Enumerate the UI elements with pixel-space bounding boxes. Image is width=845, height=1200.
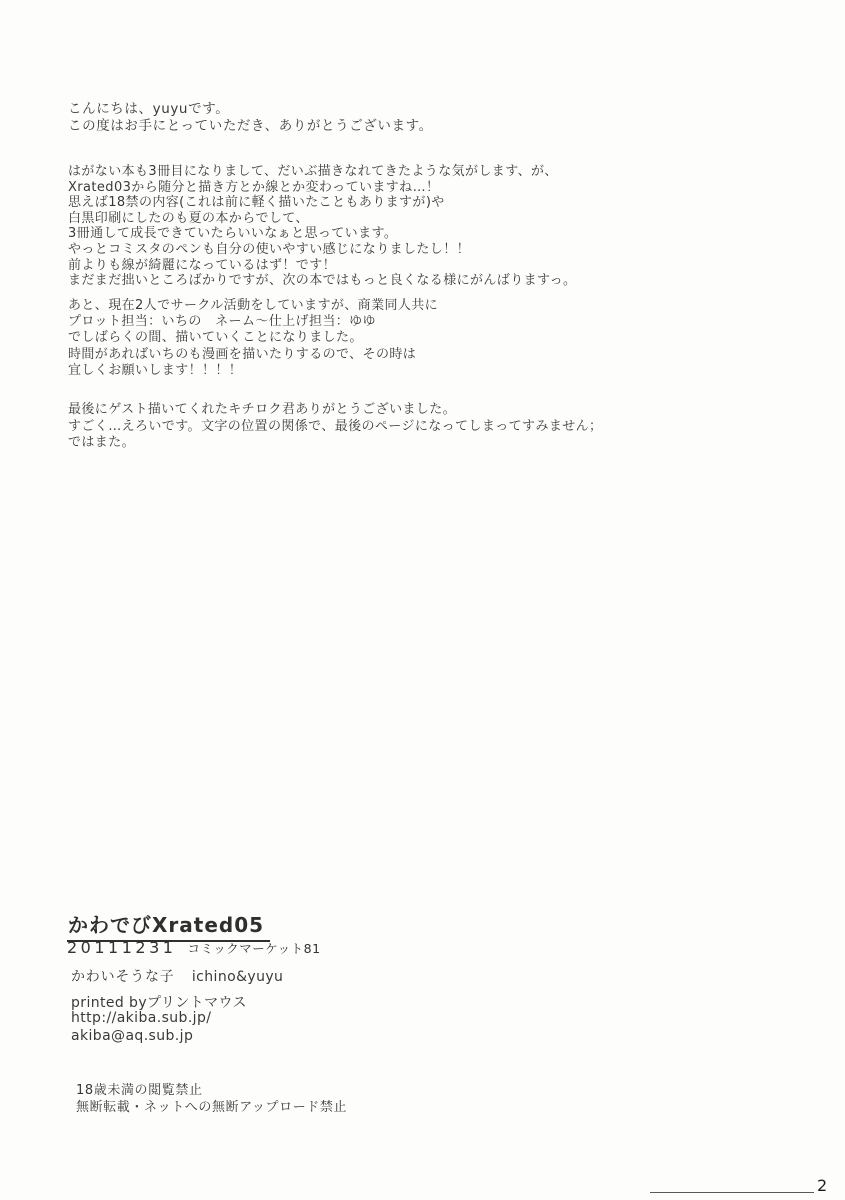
author-names: ichino&yuyu bbox=[192, 969, 283, 985]
restriction-notice: 18歳未満の閲覧禁止 無断転載・ネットへの無断アップロード禁止 bbox=[76, 1082, 347, 1116]
paragraph-line: 宜しくお願いします！！！！ bbox=[68, 363, 438, 379]
paragraph-line: でしばらくの間、描いていくことになりました。 bbox=[68, 330, 438, 346]
email-address: akiba@aq.sub.jp bbox=[71, 1028, 193, 1044]
paragraph-line: あと、現在2人でサークル活動をしていますが、商業同人共に bbox=[68, 298, 438, 314]
paragraph-line: 思えば18禁の内容(これは前に軽く描いたこともありますが)や bbox=[68, 195, 576, 211]
circle-name: かわいそうな子 bbox=[71, 969, 175, 985]
paragraph-line: プロット担当：いちの ネーム〜仕上げ担当：ゆゆ bbox=[68, 314, 438, 330]
paragraph-line: はがない本も3冊目になりまして、だいぶ描きなれてきたような気がします、が、 bbox=[68, 164, 576, 180]
printed-by-label: printed by bbox=[71, 995, 147, 1011]
paragraph-line: 白黒印刷にしたのも夏の本からでして、 bbox=[68, 211, 576, 227]
circle-credit: かわいそうな子 ichino&yuyu bbox=[71, 966, 283, 986]
greeting-line: こんにちは、yuyuです。 bbox=[68, 101, 433, 118]
paragraph-line: 最後にゲスト描いてくれたキチロク君ありがとうございました。 bbox=[68, 402, 602, 419]
circle-activity-paragraph: あと、現在2人でサークル活動をしていますが、商業同人共に プロット担当：いちの … bbox=[68, 298, 438, 379]
age-restriction-notice: 18歳未満の閲覧禁止 bbox=[76, 1082, 347, 1099]
paragraph-line: まだまだ拙いところばかりですが、次の本ではもっと良くなる様にがんばりますっ。 bbox=[68, 273, 576, 289]
event-date: 20111231 bbox=[67, 938, 176, 957]
paragraph-line: すごく…えろいです。文字の位置の関係で、最後のページになってしまってすみません； bbox=[68, 419, 602, 436]
paragraph-line: Xrated03から随分と描き方とか線とか変わっていますね…！ bbox=[68, 180, 576, 196]
greeting-line: この度はお手にとっていただき、ありがとうございます。 bbox=[68, 118, 433, 135]
event-info: 20111231 コミックマーケット81 bbox=[67, 938, 321, 957]
paragraph-line: 3冊通して成長できていたらいいなぁと思っています。 bbox=[68, 226, 576, 242]
reupload-prohibition-notice: 無断転載・ネットへの無断アップロード禁止 bbox=[76, 1099, 347, 1116]
printer-credit: printed byプリントマウス bbox=[71, 992, 247, 1012]
website-url: http://akiba.sub.jp/ bbox=[71, 1010, 211, 1026]
paragraph-line: 時間があればいちのも漫画を描いたりするので、その時は bbox=[68, 347, 438, 363]
closing-paragraph: 最後にゲスト描いてくれたキチロク君ありがとうございました。 すごく…えろいです。… bbox=[68, 402, 602, 452]
paragraph-line: 前よりも線が綺麗になっているはず！です！ bbox=[68, 258, 576, 274]
drawing-progress-paragraph: はがない本も3冊目になりまして、だいぶ描きなれてきたような気がします、が、 Xr… bbox=[68, 164, 576, 289]
paragraph-line: ではまた。 bbox=[68, 435, 602, 452]
paragraph-line: やっとコミスタのペンも自分の使いやすい感じになりましたし！！ bbox=[68, 242, 576, 258]
page-edge-line bbox=[650, 1192, 814, 1193]
event-name: コミックマーケット81 bbox=[188, 941, 321, 956]
afterword-page: こんにちは、yuyuです。 この度はお手にとっていただき、ありがとうございます。… bbox=[0, 0, 845, 1200]
greeting-paragraph: こんにちは、yuyuです。 この度はお手にとっていただき、ありがとうございます。 bbox=[68, 101, 433, 135]
page-number: 2 bbox=[817, 1176, 827, 1195]
printer-name: プリントマウス bbox=[147, 995, 247, 1011]
